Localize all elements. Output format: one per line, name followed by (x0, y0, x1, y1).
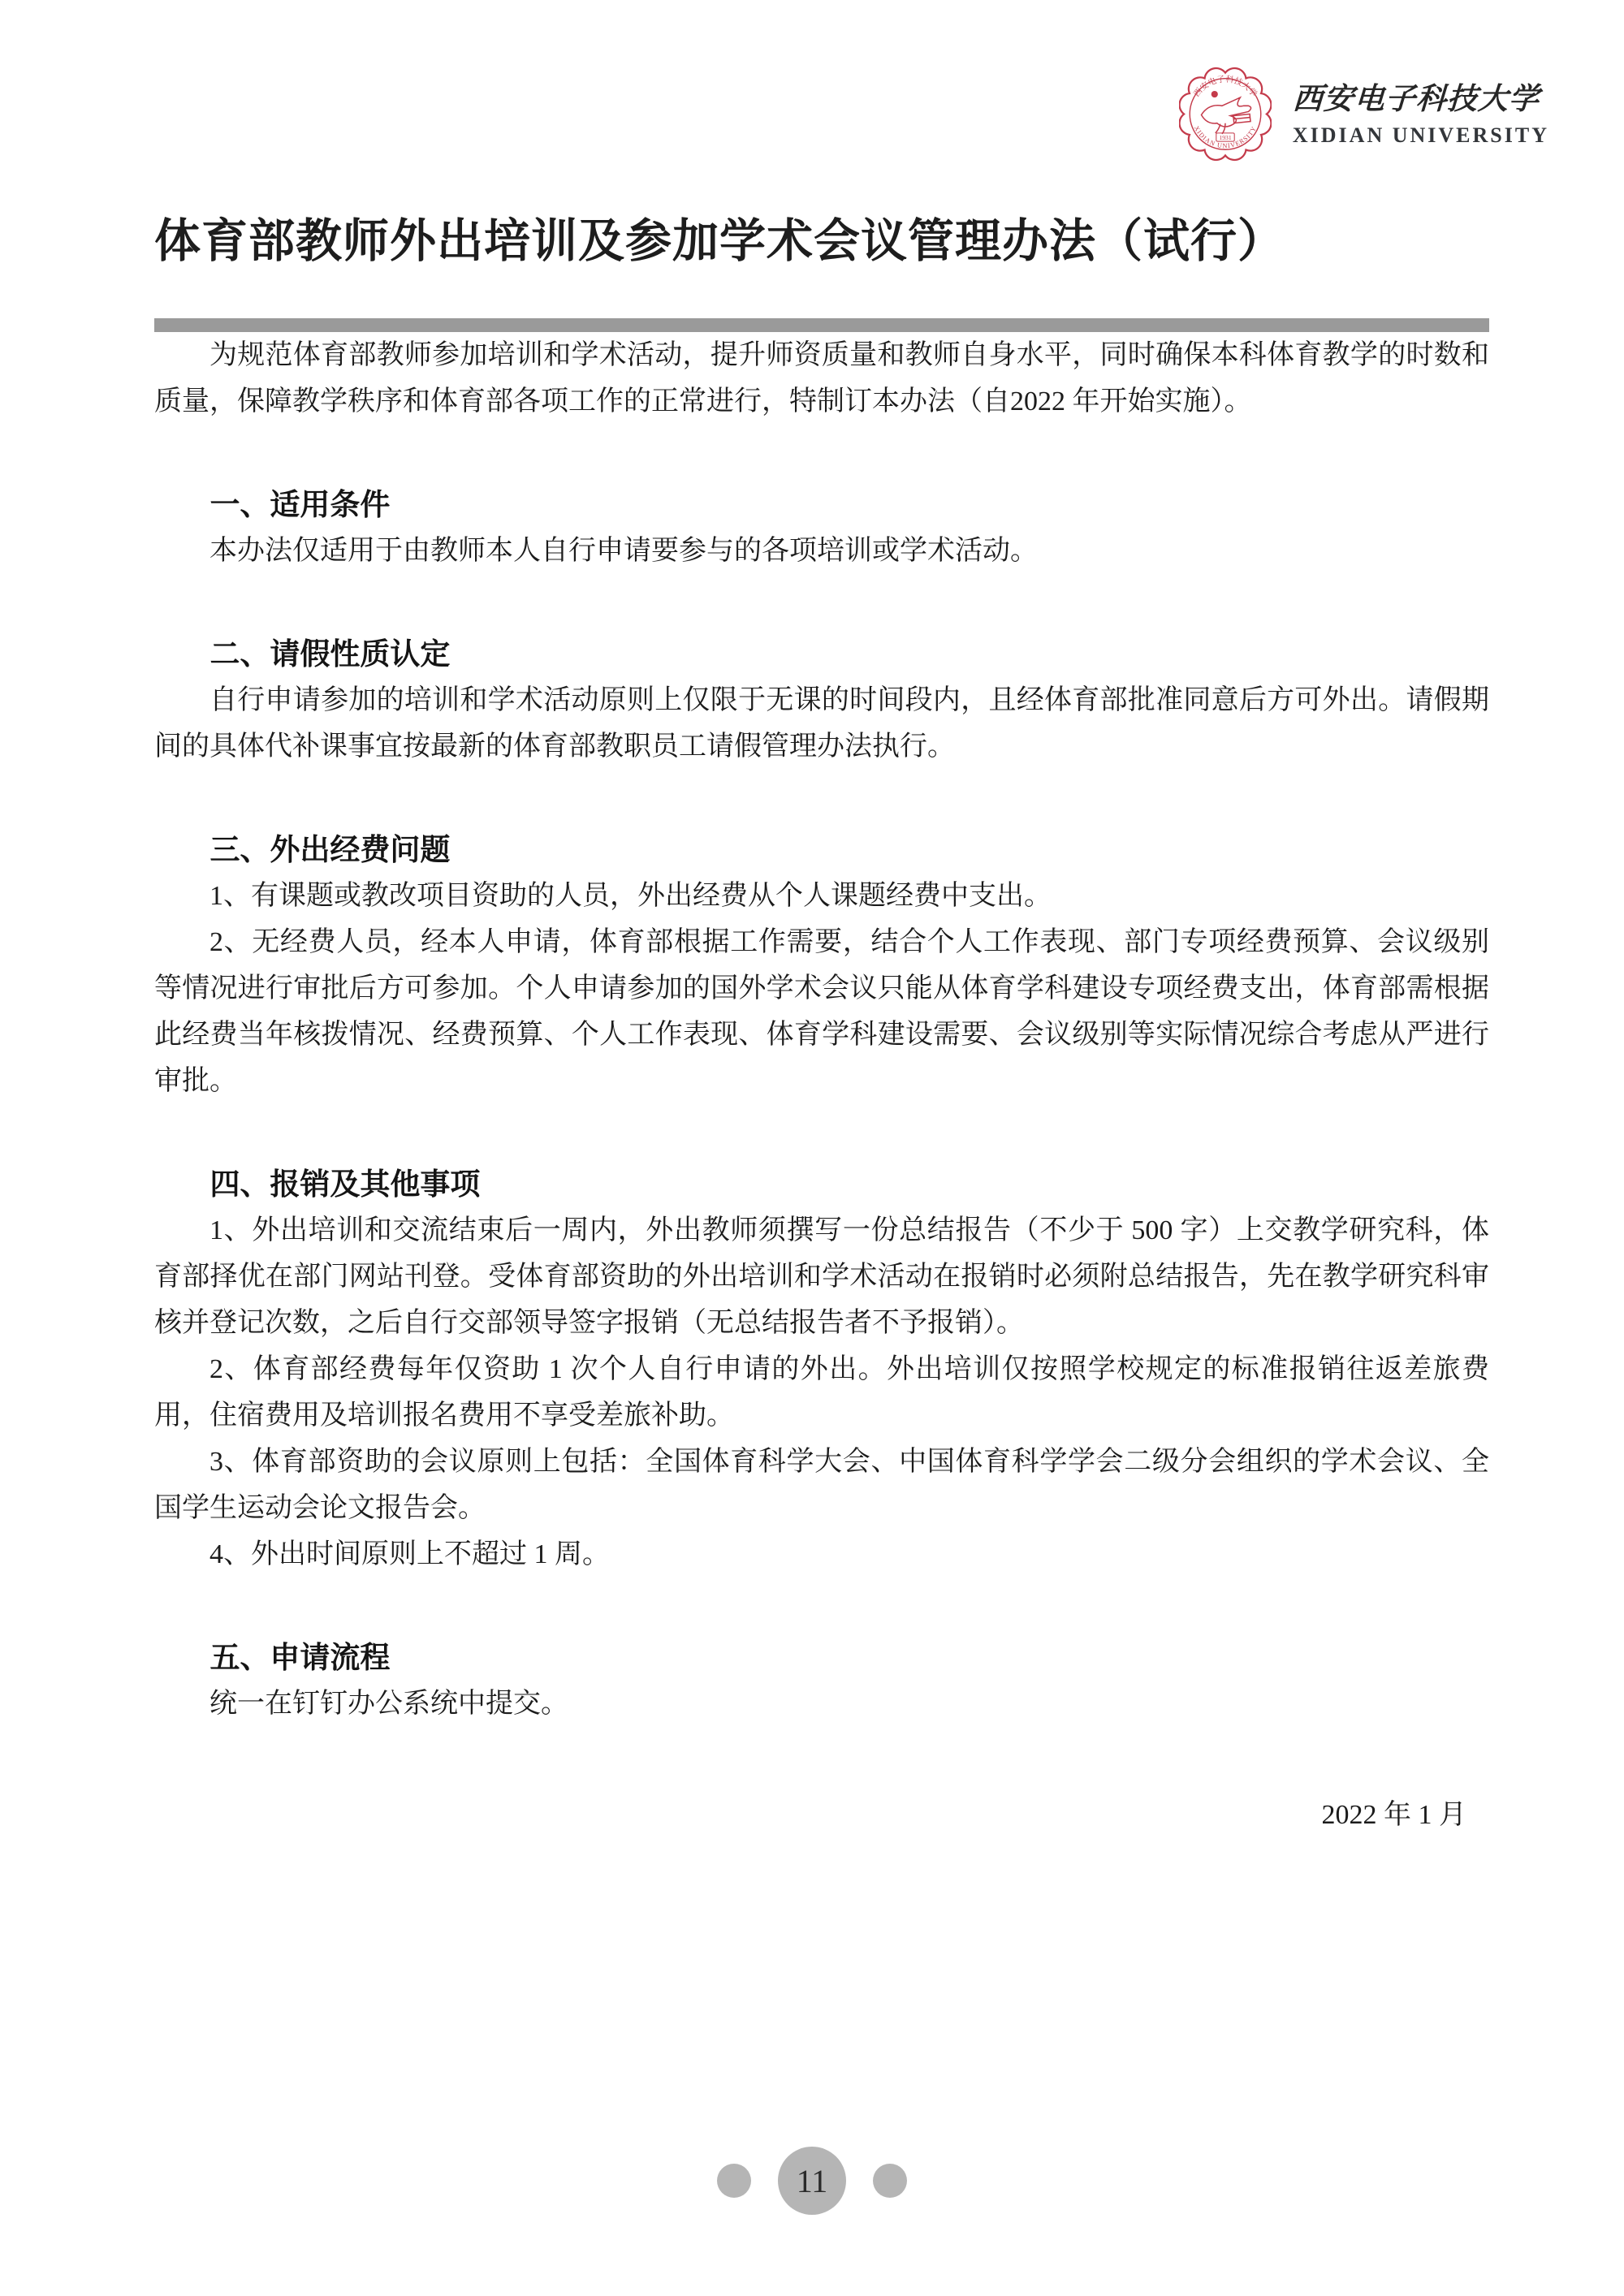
title-divider-bar (154, 318, 1489, 332)
section-2-paragraph: 自行申请参加的培训和学术活动原则上仅限于无课的时间段内，且经体育部批准同意后方可… (154, 677, 1489, 770)
pager-dot-left (717, 2164, 751, 2198)
section-heading-2: 二、请假性质认定 (154, 631, 1489, 677)
section-heading-4: 四、报销及其他事项 (154, 1161, 1489, 1207)
section-heading-5: 五、申请流程 (154, 1634, 1489, 1681)
section-4-item-3: 3、体育部资助的会议原则上包括：全国体育科学大会、中国体育科学学会二级分会组织的… (154, 1439, 1489, 1531)
intro-paragraph: 为规范体育部教师参加培训和学术活动，提升师资质量和教师自身水平，同时确保本科体育… (154, 332, 1489, 425)
section-5-paragraph: 统一在钉钉办公系统中提交。 (154, 1681, 1489, 1727)
section-3-item-2: 2、无经费人员，经本人申请，体育部根据工作需要，结合个人工作表现、部门专项经费预… (154, 919, 1489, 1104)
issue-date: 2022 年 1 月 (154, 1792, 1489, 1838)
section-heading-1: 一、适用条件 (154, 481, 1489, 528)
section-heading-3: 三、外出经费问题 (154, 826, 1489, 873)
section-3-item-1: 1、有课题或教改项目资助的人员，外出经费从个人课题经费中支出。 (154, 873, 1489, 919)
document-title: 体育部教师外出培训及参加学术会议管理办法（试行） (154, 0, 1489, 268)
footer-pager: 11 (717, 2147, 907, 2215)
page-number: 11 (797, 2162, 828, 2200)
document-content: 体育部教师外出培训及参加学术会议管理办法（试行） 为规范体育部教师参加培训和学术… (154, 0, 1489, 1838)
document-page: 西安电子科技大学 XIDIAN UNIVERSITY 1931 西安电子科技大学… (0, 0, 1624, 2296)
section-4-item-4: 4、外出时间原则上不超过 1 周。 (154, 1531, 1489, 1577)
section-4-item-1: 1、外出培训和交流结束后一周内，外出教师须撰写一份总结报告（不少于 500 字）… (154, 1207, 1489, 1346)
section-1-paragraph: 本办法仅适用于由教师本人自行申请要参与的各项培训或学术活动。 (154, 528, 1489, 574)
page-number-badge: 11 (778, 2147, 846, 2215)
section-4-item-2: 2、体育部经费每年仅资助 1 次个人自行申请的外出。外出培训仅按照学校规定的标准… (154, 1346, 1489, 1439)
pager-dot-right (873, 2164, 907, 2198)
